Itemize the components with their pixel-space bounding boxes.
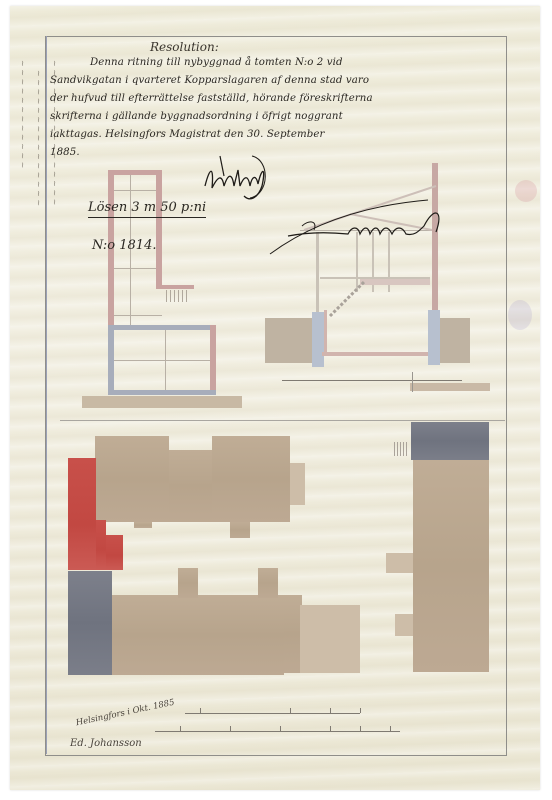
resolution-line-6: 1885.: [50, 147, 80, 158]
new-building-red: [68, 458, 96, 570]
resolution-line-4: skrifterna i gällande byggnadsordning i …: [50, 111, 343, 122]
scale-bar-1: [185, 713, 360, 714]
signature-architect: [268, 196, 448, 256]
signature-magistrate: [200, 146, 270, 206]
stair-icon: [328, 278, 368, 318]
resolution-line-1: Denna ritning till nybyggnad å tomten N:…: [90, 57, 343, 68]
fee-label: Lösen 3 m 50 p:ni: [88, 200, 206, 218]
building-block-right: [413, 460, 489, 672]
building-block-lower: [112, 595, 284, 675]
building-block-upper-left: [95, 436, 169, 522]
ink-stain: [515, 180, 537, 202]
scale-bar-2: [155, 731, 400, 732]
shed-gray: [68, 571, 112, 675]
ink-stain: [508, 300, 532, 330]
margin-annotations: ~ ~ ~ ~ ~ ~ ~ ~ ~ ~ ~ ~ ~ ~ ~ ~ ~ ~ ~ ~ …: [14, 60, 94, 360]
permit-number: N:o 1814.: [92, 238, 156, 253]
resolution-line-3: der hufvud till efterrättelse fastställd…: [50, 93, 373, 104]
resolution-line-2: Sandvikgatan i qvarteret Kopparslagaren …: [50, 75, 369, 86]
signer: Ed. Johansson: [70, 738, 142, 749]
resolution-line-5: iakttagas. Helsingfors Magistrat den 30.…: [50, 129, 324, 140]
shed-gray-right: [411, 422, 489, 460]
resolution-heading: Resolution:: [150, 40, 219, 54]
